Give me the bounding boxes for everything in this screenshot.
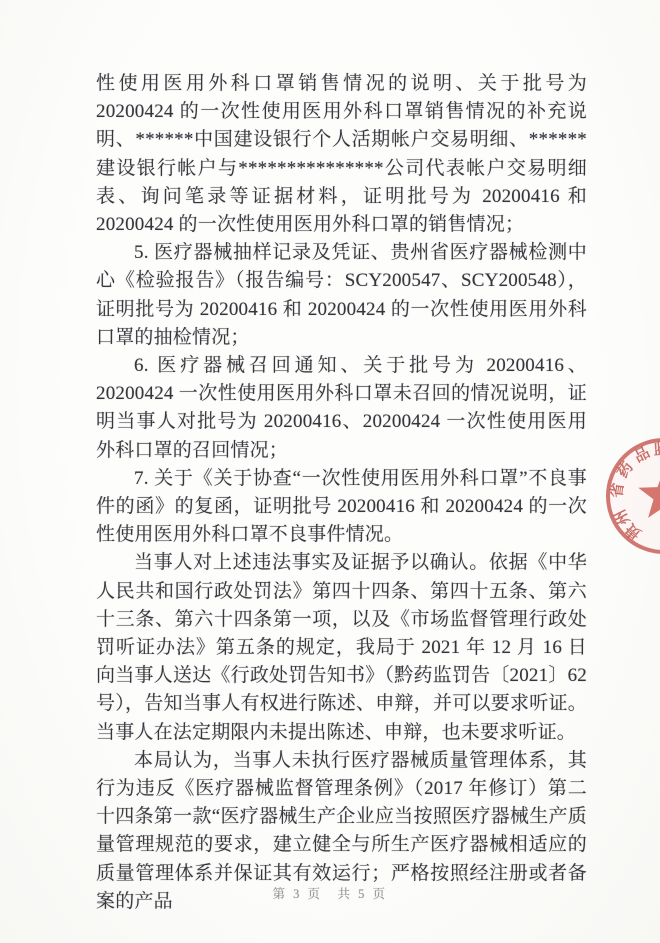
document-body: 性使用医用外科口罩销售情况的说明、关于批号为 20200424 的一次性使用医用… xyxy=(96,70,587,916)
body-paragraph-item-7: 7. 关于《关于协查“一次性使用医用外科口罩”不良事件的函》的复函，证明批号 2… xyxy=(96,465,587,550)
seal-character: 监 xyxy=(653,440,660,459)
page-number: 第 3 页 共 5 页 xyxy=(0,884,660,902)
body-paragraph-continuation: 性使用医用外科口罩销售情况的说明、关于批号为 20200424 的一次性使用医用… xyxy=(96,70,587,239)
official-red-seal: 贵 州 省 药 品 监 xyxy=(580,410,660,585)
body-paragraph-item-5: 5. 医疗器械抽样记录及凭证、贵州省医疗器械检测中心《检验报告》（报告编号：SC… xyxy=(96,239,587,352)
body-paragraph-confirmation: 当事人对上述违法事实及证据予以确认。依据《中华人民共和国行政处罚法》第四十四条、… xyxy=(96,549,587,746)
body-paragraph-item-6: 6. 医疗器械召回通知、关于批号为 20200416、20200424 一次性使… xyxy=(96,352,587,465)
document-page: 性使用医用外科口罩销售情况的说明、关于批号为 20200424 的一次性使用医用… xyxy=(0,0,660,943)
seal-character: 省 xyxy=(608,482,627,499)
